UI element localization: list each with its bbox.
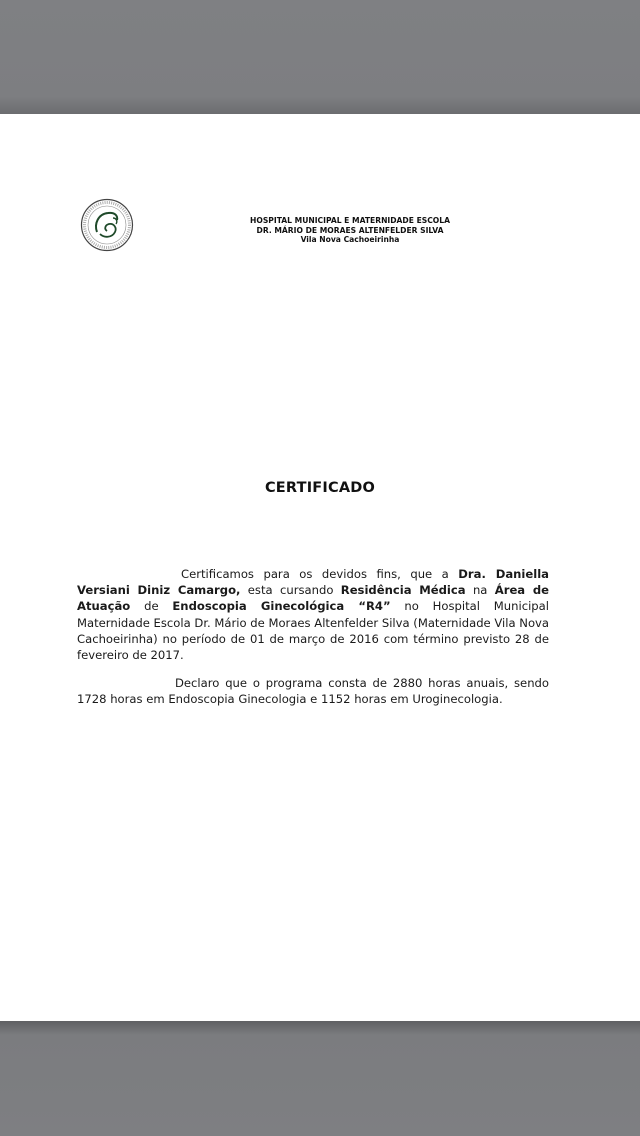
text: na	[466, 583, 495, 597]
institution-name-line1: HOSPITAL MUNICIPAL E MATERNIDADE ESCOLA	[200, 216, 500, 226]
institution-location: Vila Nova Cachoeirinha	[200, 235, 500, 245]
viewer-bottom-background	[0, 1021, 640, 1136]
hospital-seal-icon	[80, 198, 134, 252]
certification-paragraph: Certificamos para os devidos fins, que a…	[77, 566, 549, 663]
text: Certificamos para os devidos fins, que a	[181, 567, 458, 581]
program-type: Residência Médica	[341, 583, 466, 597]
text: de	[130, 599, 172, 613]
viewer-top-background	[0, 0, 640, 114]
hours-paragraph: Declaro que o programa consta de 2880 ho…	[77, 675, 549, 707]
document-title: CERTIFICADO	[0, 480, 640, 496]
document-page[interactable]: HOSPITAL MUNICIPAL E MATERNIDADE ESCOLA …	[0, 114, 640, 1021]
institution-header: HOSPITAL MUNICIPAL E MATERNIDADE ESCOLA …	[200, 216, 500, 245]
hours-text: Declaro que o programa consta de 2880 ho…	[77, 676, 549, 706]
institution-name-line2: DR. MÁRIO DE MORAES ALTENFELDER SILVA	[200, 226, 500, 236]
text: esta cursando	[240, 583, 340, 597]
specialty: Endoscopia Ginecológica “R4”	[172, 599, 390, 613]
